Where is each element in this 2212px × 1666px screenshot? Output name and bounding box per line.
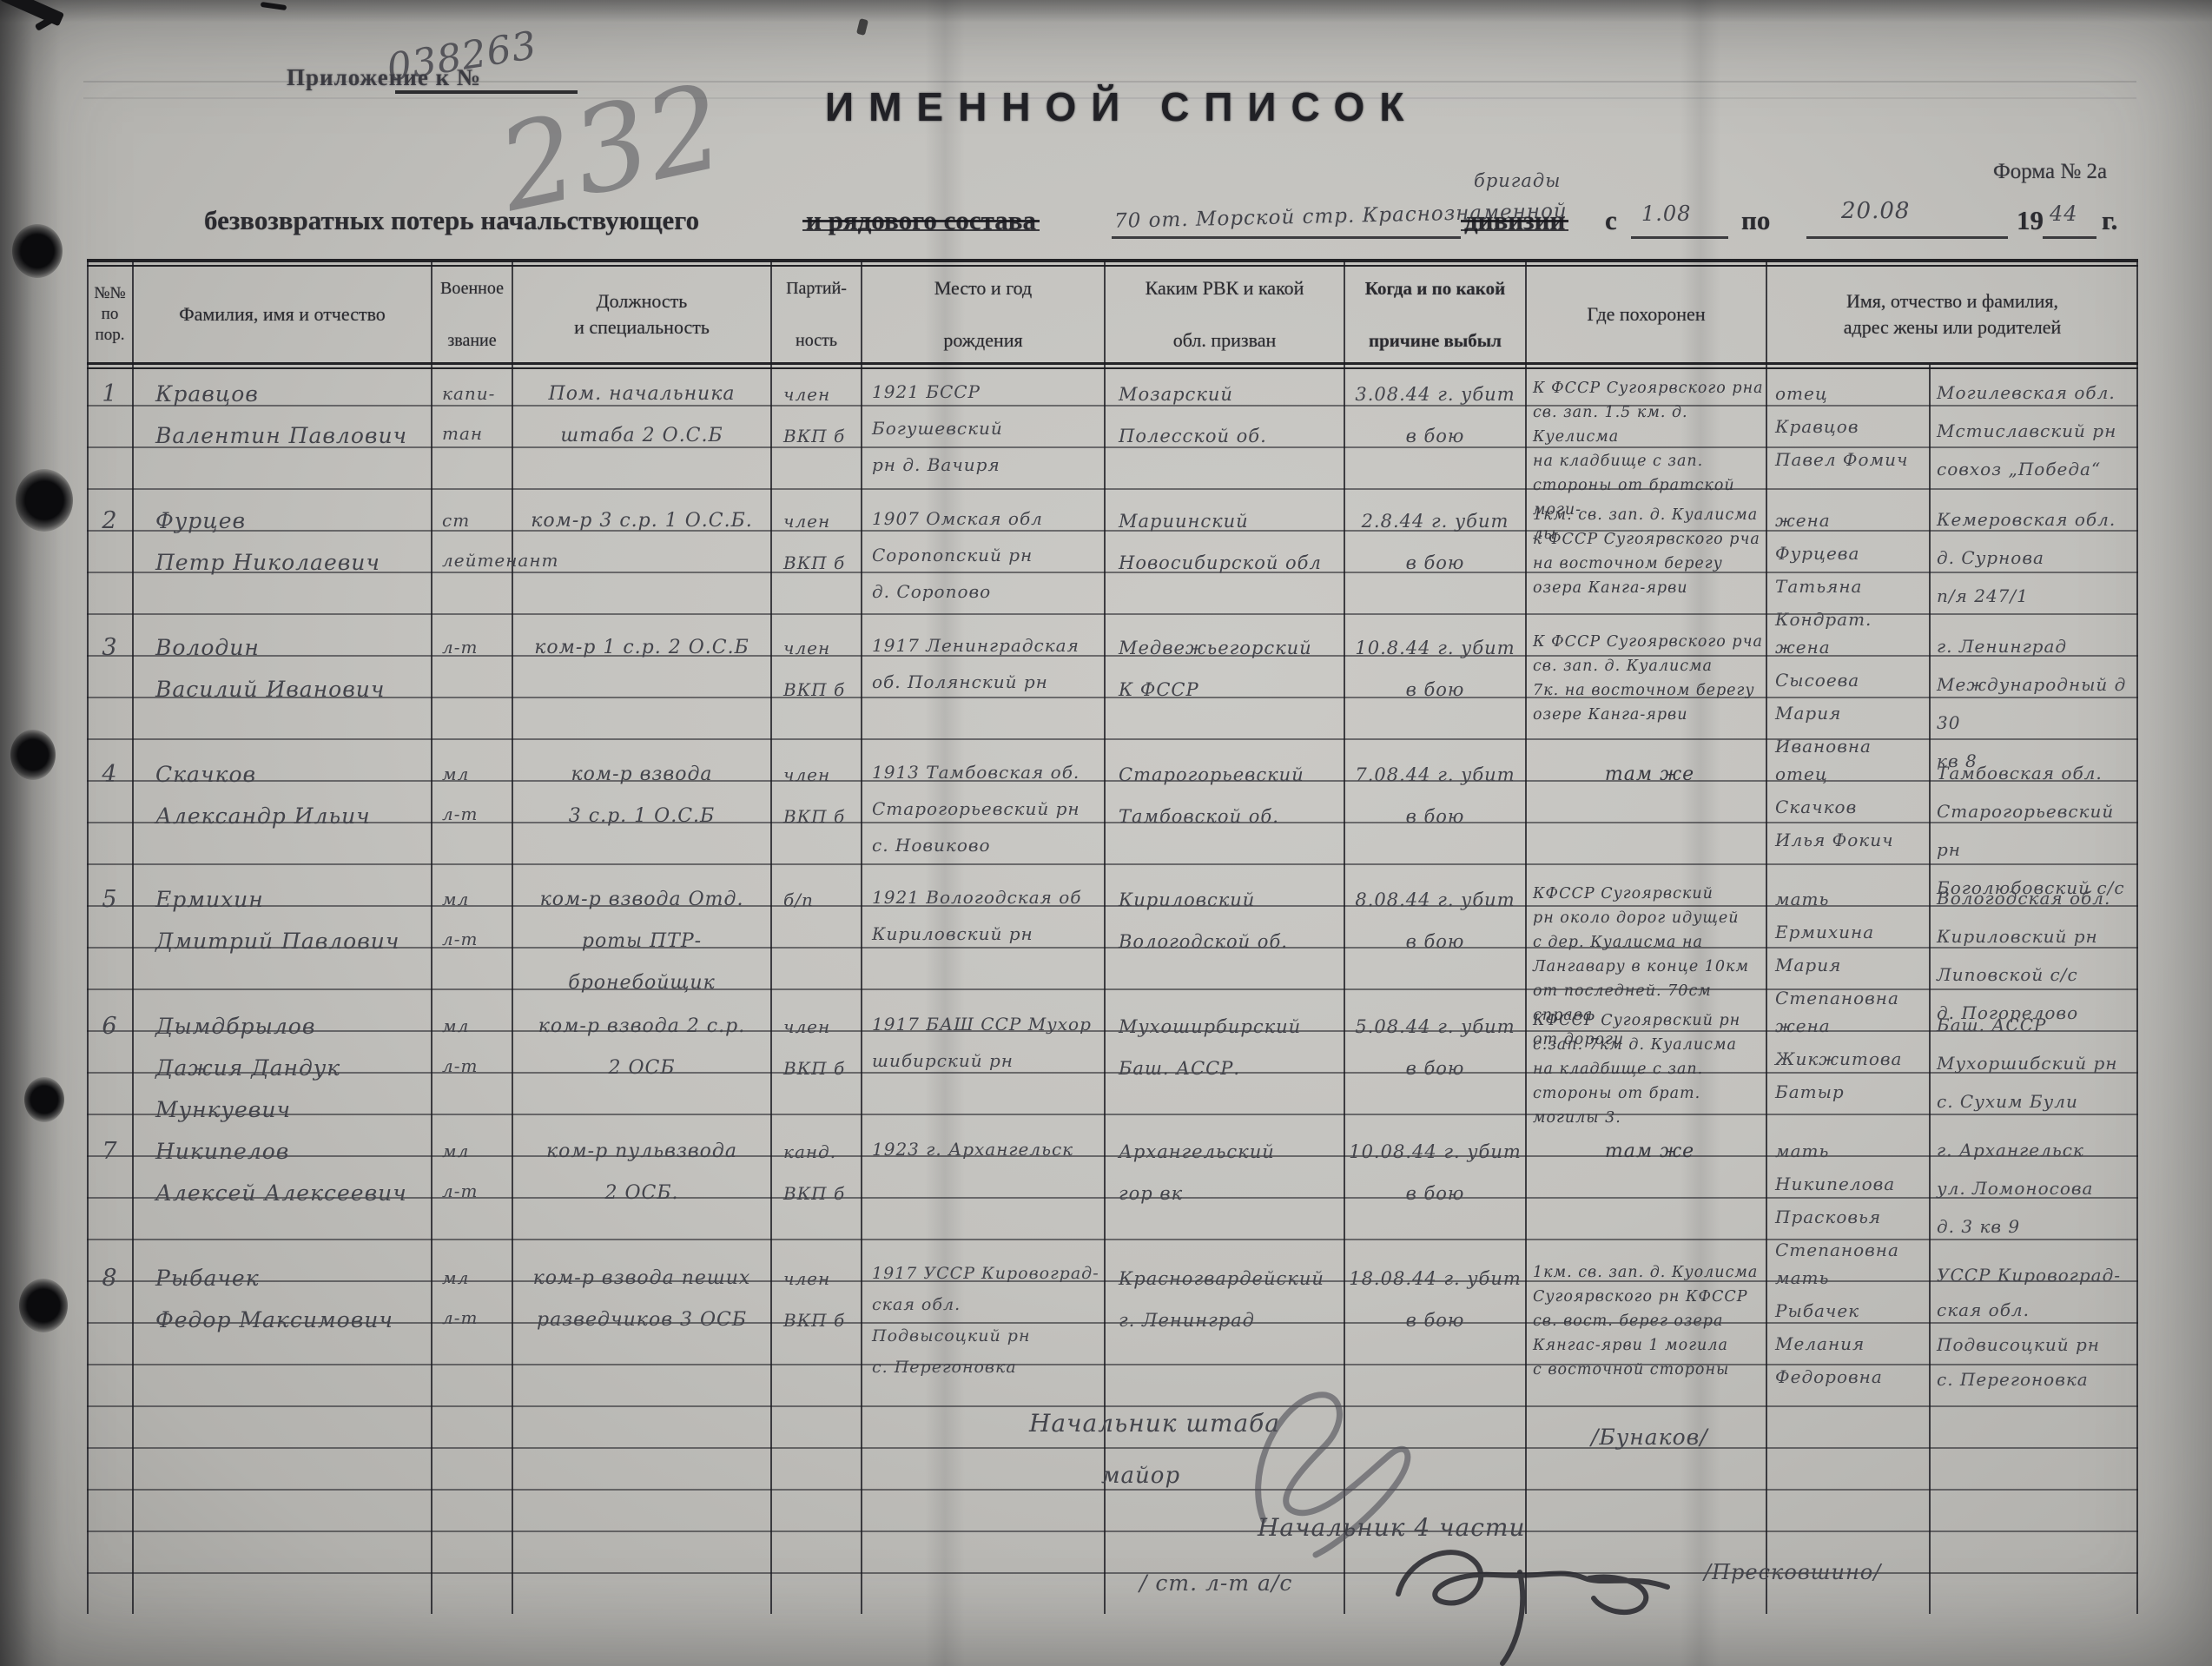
- col-rank: мл л-т: [432, 754, 512, 834]
- year-print: 19: [2017, 205, 2044, 236]
- table-row: 4 Скачков Александр Ильич мл л-т ком-р в…: [0, 754, 2212, 881]
- col-rank: мл л-т: [432, 1258, 512, 1338]
- col-party: член ВКП б: [771, 754, 862, 837]
- col-birth: 1917 Ленинградская об. Полянский рн: [862, 627, 1105, 700]
- col-rvk: Красногвардейский г. Ленинград: [1105, 1258, 1344, 1341]
- col-party: член ВКП б: [771, 1006, 862, 1089]
- col-rank: капи- тан: [432, 374, 512, 453]
- col-position: ком-р взвода 2 с.р. 2 ОСБ: [512, 1006, 771, 1089]
- col-position: ком-р 3 с.р. 1 О.С.Б.: [512, 500, 771, 542]
- division-struck: дивизии: [1464, 205, 1565, 236]
- col-relative: жена Сысоева Мария Ивановна: [1766, 627, 1930, 763]
- col-relative: жена Жикжитова Батыр: [1766, 1006, 1930, 1108]
- col-party: член ВКП б: [771, 374, 862, 457]
- col-birth: 1907 Омская обл Соропопский рн д. Соропо…: [862, 500, 1105, 610]
- head-4th-signature-ink: [1381, 1524, 1694, 1666]
- col-address: УССР Кировоград- ская обл. Подвисоцкий р…: [1930, 1258, 2138, 1397]
- header-rvk: Каким РВК и какой обл. призван: [1105, 266, 1344, 362]
- col-relative: мать Ермихина Мария Степановна: [1766, 879, 1930, 1015]
- col-relative: отец Кравцов Павел Фомич: [1766, 374, 1930, 476]
- col-name: Ермихин Дмитрий Павлович: [133, 879, 432, 962]
- col-birth: 1917 УССР Кировоград- ская обл. Подвысоц…: [862, 1258, 1105, 1383]
- col-name: Кравцов Валентин Павлович: [133, 374, 432, 457]
- col-fate: 8.08.44 г. убит в бою: [1344, 879, 1526, 962]
- form-number-label: Форма № 2а: [1993, 160, 2107, 184]
- scan-top-shadow: [0, 0, 2212, 23]
- paper-hole: [12, 224, 63, 278]
- header-position: Должность и специальность: [512, 266, 771, 362]
- from-label: с: [1605, 205, 1617, 236]
- header-num: №№ по пор.: [87, 266, 133, 362]
- header-family: Имя, отчество и фамилия, адрес жены или …: [1766, 266, 2138, 362]
- date-to-handwritten: 20.08: [1841, 198, 1910, 224]
- col-position: ком-р пульвзвода 2 ОСБ.: [512, 1131, 771, 1214]
- col-rank: мл л-т: [432, 1131, 512, 1211]
- year-handwritten: 44: [2050, 202, 2078, 226]
- head-4th-section-rank: / ст. л-т а/с: [1139, 1570, 1292, 1596]
- col-num: 6: [87, 1006, 133, 1048]
- col-address: Баш. АССР Мухоршибский рн с. Сухим Були: [1930, 1006, 2138, 1121]
- header-name: Фамилия, имя и отчество: [133, 266, 432, 362]
- col-birth: 1923 г. Архангельск: [862, 1131, 1105, 1167]
- header-rank: Военное звание: [432, 266, 512, 362]
- col-grave: там же: [1526, 1131, 1766, 1173]
- chief-of-staff-name: /Бунаков/: [1591, 1425, 1708, 1450]
- col-grave: К ФССР Сугоярвского рча св. зап. д. Куал…: [1526, 627, 1766, 727]
- col-grave: КФССР Сугоярвский рн с.зап. 7км д. Куали…: [1526, 1006, 1766, 1130]
- col-num: 2: [87, 500, 133, 542]
- col-fate: 5.08.44 г. убит в бою: [1344, 1006, 1526, 1089]
- document-title: ИМЕННОЙ СПИСОК: [825, 83, 1418, 130]
- date-from-handwritten: 1.08: [1641, 202, 1691, 226]
- table-row: 5 Ермихин Дмитрий Павлович мл л-т ком-р …: [0, 879, 2212, 1006]
- col-rvk: Кириловский Вологодской об.: [1105, 879, 1344, 962]
- table-row: 2 Фурцев Петр Николаевич ст лейтенант ко…: [0, 500, 2212, 627]
- col-position: Пом. начальника штаба 2 О.С.Б: [512, 374, 771, 457]
- col-rank: мл л-т: [432, 879, 512, 959]
- col-fate: 18.08.44 г. убит в бою: [1344, 1258, 1526, 1341]
- col-name: Фурцев Петр Николаевич: [133, 500, 432, 584]
- header-birth: Место и год рождения: [862, 266, 1105, 362]
- col-rvk: Мариинский Новосибирской обл: [1105, 500, 1344, 584]
- col-fate: 10.08.44 г. убит в бою: [1344, 1131, 1526, 1214]
- col-relative: жена Фурцева Татьяна Кондрат.: [1766, 500, 1930, 636]
- table-row: 8 Рыбачек Федор Максимович мл л-т ком-р …: [0, 1258, 2212, 1410]
- header-party: Партий- ность: [771, 266, 862, 362]
- col-rank: мл л-т: [432, 1006, 512, 1086]
- col-birth: 1921 БССР Богушевский рн д. Вачиря: [862, 374, 1105, 483]
- col-party: член ВКП б: [771, 500, 862, 584]
- col-party: член ВКП б: [771, 627, 862, 711]
- subtitle-struck-text: и рядового состава: [806, 205, 1036, 236]
- header-fate: Когда и по какой причине выбыл: [1344, 266, 1526, 362]
- col-grave: 1км. св. зап. д. Куолисма Сугоярвского р…: [1526, 1258, 1766, 1382]
- col-birth: 1913 Тамбовская об. Старогорьевский рн с…: [862, 754, 1105, 863]
- col-rank: ст лейтенант: [432, 500, 512, 580]
- col-name: Никипелов Алексей Алексеевич: [133, 1131, 432, 1214]
- chief-of-staff-rank: майор: [1101, 1463, 1180, 1489]
- table-row: 1 Кравцов Валентин Павлович капи- тан По…: [0, 374, 2212, 500]
- col-relative: мать Никипелова Прасковья Степановна: [1766, 1131, 1930, 1266]
- col-num: 8: [87, 1258, 133, 1299]
- struck-words: и рядового состава: [806, 205, 1036, 236]
- col-birth: 1917 БАШ ССР Мухор шибирский рн: [862, 1006, 1105, 1079]
- col-address: Могилевская обл. Мстиславский рн совхоз …: [1930, 374, 2138, 488]
- col-relative: отец Скачков Илья Фокич: [1766, 754, 1930, 856]
- to-label: по: [1741, 205, 1770, 236]
- col-num: 7: [87, 1131, 133, 1173]
- year-underline: [2043, 236, 2096, 239]
- subtitle-prefix: безвозвратных потерь начальствующего: [204, 205, 699, 236]
- col-party: член ВКП б: [771, 1258, 862, 1341]
- col-rvk: Медвежьегорский К ФССР: [1105, 627, 1344, 711]
- col-rvk: Мухоширбирский Баш. АССР.: [1105, 1006, 1344, 1089]
- table-row: 7 Никипелов Алексей Алексеевич мл л-т ко…: [0, 1131, 2212, 1258]
- year-suffix: г.: [2102, 205, 2117, 236]
- col-num: 5: [87, 879, 133, 921]
- col-fate: 2.8.44 г. убит в бою: [1344, 500, 1526, 584]
- col-num: 1: [87, 374, 133, 415]
- col-num: 3: [87, 627, 133, 669]
- col-rvk: Старогорьевский Тамбовской об.: [1105, 754, 1344, 837]
- col-address: Кемеровская обл. д. Сурнова п/я 247/1: [1930, 500, 2138, 615]
- document-page: Приложение к № 038263 232 ИМЕННОЙ СПИСОК…: [0, 0, 2212, 1666]
- col-position: ком-р 1 с.р. 2 О.С.Б: [512, 627, 771, 669]
- col-name: Скачков Александр Ильич: [133, 754, 432, 837]
- col-fate: 10.8.44 г. убит в бою: [1344, 627, 1526, 711]
- struck-division: дивизии: [1464, 205, 1565, 236]
- col-rvk: Мозарский Полесской об.: [1105, 374, 1344, 457]
- date-from-underline: [1631, 236, 1728, 239]
- col-fate: 3.08.44 г. убит в бою: [1344, 374, 1526, 457]
- date-to-underline: [1806, 236, 2008, 239]
- table-top-border: [87, 259, 2138, 262]
- col-birth: 1921 Вологодская об Кириловский рн: [862, 879, 1105, 952]
- table-row: 3 Володин Василий Иванович л-т ком-р 1 с…: [0, 627, 2212, 754]
- col-position: ком-р взвода 3 с.р. 1 О.С.Б: [512, 754, 771, 837]
- col-position: ком-р взвода Отд. роты ПТР-бронебойщик: [512, 879, 771, 1004]
- header-grave: Где похоронен: [1526, 266, 1766, 362]
- col-name: Дымдбрылов Дажия Дандук Мункуевич: [133, 1006, 432, 1131]
- table-row: 6 Дымдбрылов Дажия Дандук Мункуевич мл л…: [0, 1006, 2212, 1133]
- col-grave: 1км. св. зап. д. Куалисма к ФССР Сугоярв…: [1526, 500, 1766, 600]
- col-party: б/п: [771, 879, 862, 921]
- col-name: Володин Василий Иванович: [133, 627, 432, 711]
- col-grave: там же: [1526, 754, 1766, 796]
- col-name: Рыбачек Федор Максимович: [133, 1258, 432, 1341]
- col-rank: л-т: [432, 627, 512, 667]
- col-position: ком-р взвода пеших разведчиков 3 ОСБ: [512, 1258, 771, 1341]
- col-party: канд. ВКП б: [771, 1131, 862, 1214]
- col-num: 4: [87, 754, 133, 796]
- col-relative: мать Рыбачек Мелания Федоровна: [1766, 1258, 1930, 1393]
- col-rvk: Архангельский гор вк: [1105, 1131, 1344, 1214]
- brigade-handwritten: бригады: [1474, 170, 1561, 191]
- head-4th-section-name: /Пресковшино/: [1704, 1560, 1881, 1584]
- unit-underline: [1112, 236, 1461, 239]
- col-address: г. Архангельск ул. Ломоносова д. 3 кв 9: [1930, 1131, 2138, 1246]
- col-fate: 7.08.44 г. убит в бою: [1344, 754, 1526, 837]
